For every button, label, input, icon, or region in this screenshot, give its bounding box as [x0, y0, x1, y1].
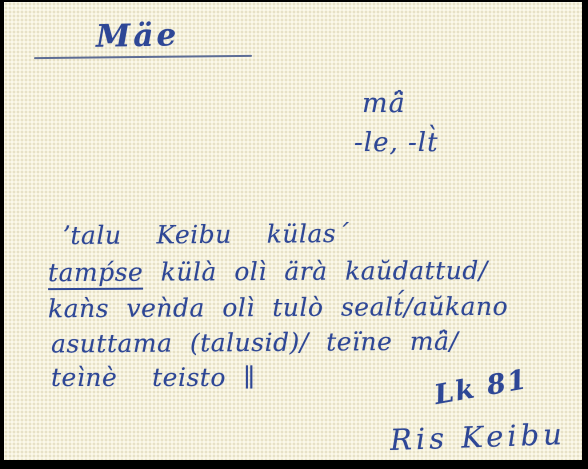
paper-card: Mäe mä̂ -le, -lt̀ ʼtalu Keibu külas´ tam… [4, 2, 582, 460]
scanned-card-frame: Mäe mä̂ -le, -lt̀ ʼtalu Keibu külas´ tam… [0, 0, 588, 469]
collector-signature: Ris Keibu [389, 417, 566, 457]
note-line-5: teìnè teisto ∥ [51, 363, 255, 392]
pronunciation-word: mä̂ [362, 88, 406, 119]
underlined-word: tamṕse [48, 258, 143, 290]
note-line-2-rest: külà olì ärà kaŭdattud/ [143, 256, 488, 287]
page-reference: Lk 81 [432, 364, 531, 411]
note-line-1: ʼtalu Keibu külas´ [62, 219, 349, 250]
headword: Mäe [96, 17, 180, 54]
case-endings: -le, -lt̀ [354, 128, 439, 158]
note-line-2: tamṕse külà olì ärà kaŭdattud/ [48, 256, 488, 287]
headword-underline [34, 55, 252, 59]
note-line-4: asuttama (talusid)/ teïne mä̂/ [51, 327, 459, 359]
note-line-3: kaǹs veǹda olì tulò sealt́/aŭkano [48, 292, 508, 323]
